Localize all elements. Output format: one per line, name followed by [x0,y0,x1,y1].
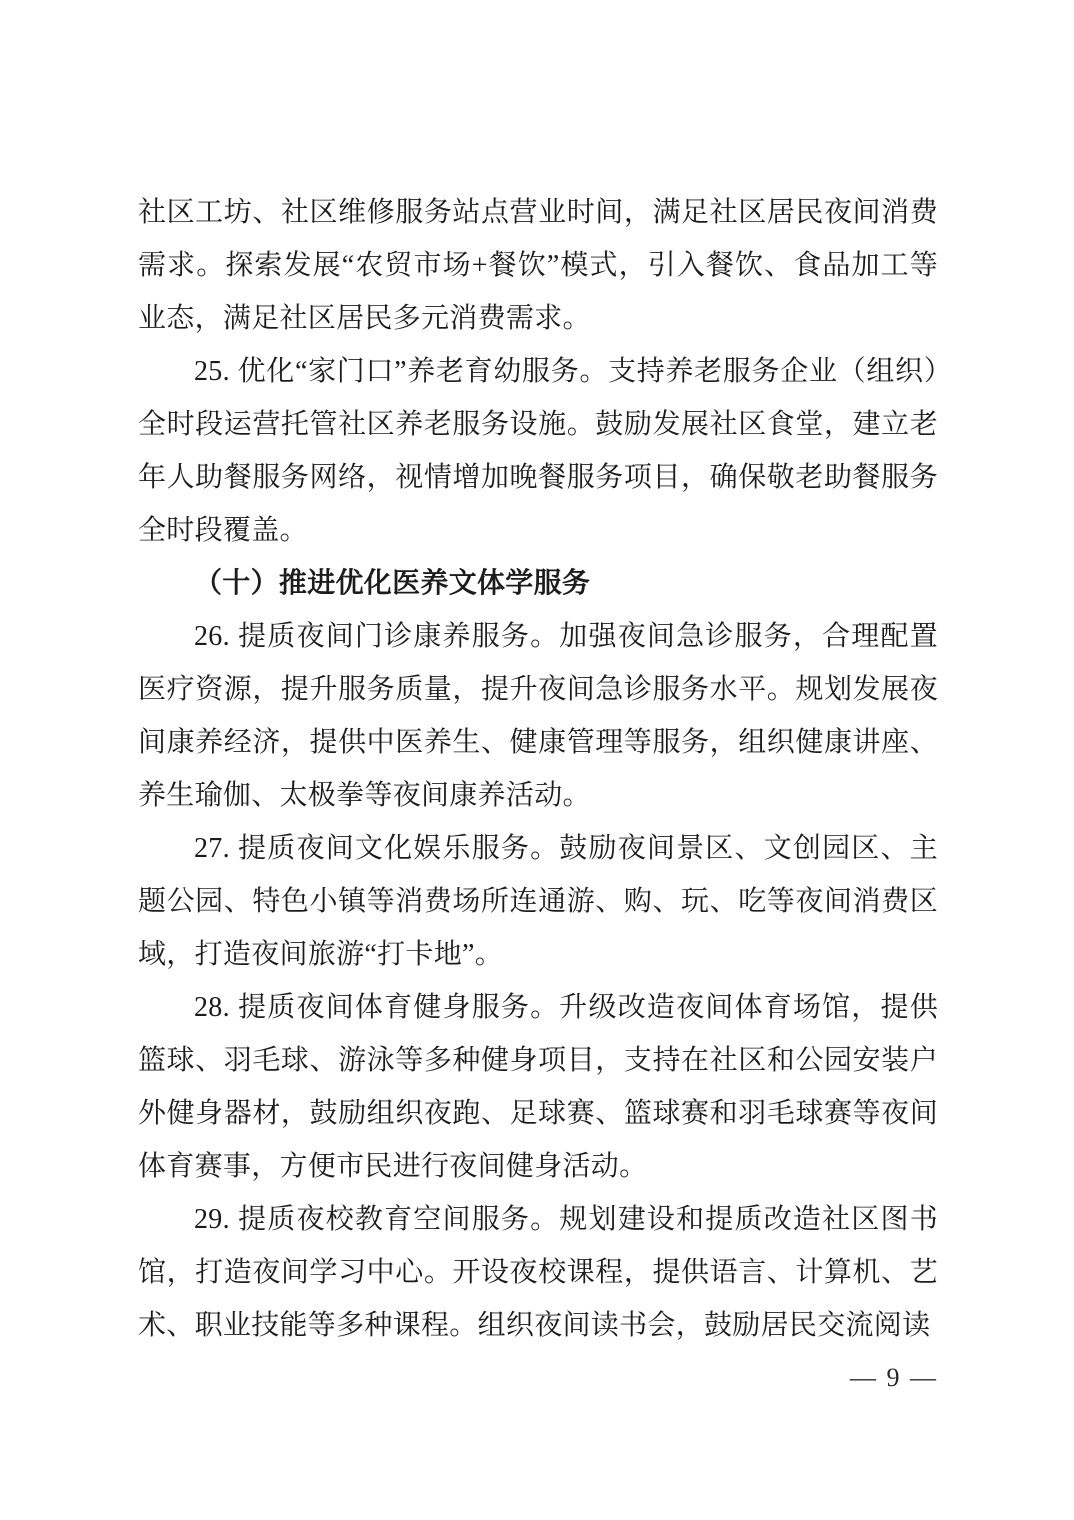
paragraph-25: 25. 优化“家门口”养老育幼服务。支持养老服务企业（组织）全时段运营托管社区养… [138,345,938,557]
document-body: 社区工坊、社区维修服务站点营业时间，满足社区居民夜间消费需求。探索发展“农贸市场… [138,186,938,1352]
page-number: — 9 — [850,1363,938,1393]
document-page: 社区工坊、社区维修服务站点营业时间，满足社区居民夜间消费需求。探索发展“农贸市场… [0,0,1074,1520]
section-heading-10: （十）推进优化医养文体学服务 [138,557,938,610]
paragraph-27: 27. 提质夜间文化娱乐服务。鼓励夜间景区、文创园区、主题公园、特色小镇等消费场… [138,822,938,981]
paragraph-24-continuation: 社区工坊、社区维修服务站点营业时间，满足社区居民夜间消费需求。探索发展“农贸市场… [138,186,938,345]
paragraph-28: 28. 提质夜间体育健身服务。升级改造夜间体育场馆，提供篮球、羽毛球、游泳等多种… [138,981,938,1193]
paragraph-29: 29. 提质夜校教育空间服务。规划建设和提质改造社区图书馆，打造夜间学习中心。开… [138,1193,938,1352]
paragraph-26: 26. 提质夜间门诊康养服务。加强夜间急诊服务，合理配置医疗资源，提升服务质量，… [138,610,938,822]
